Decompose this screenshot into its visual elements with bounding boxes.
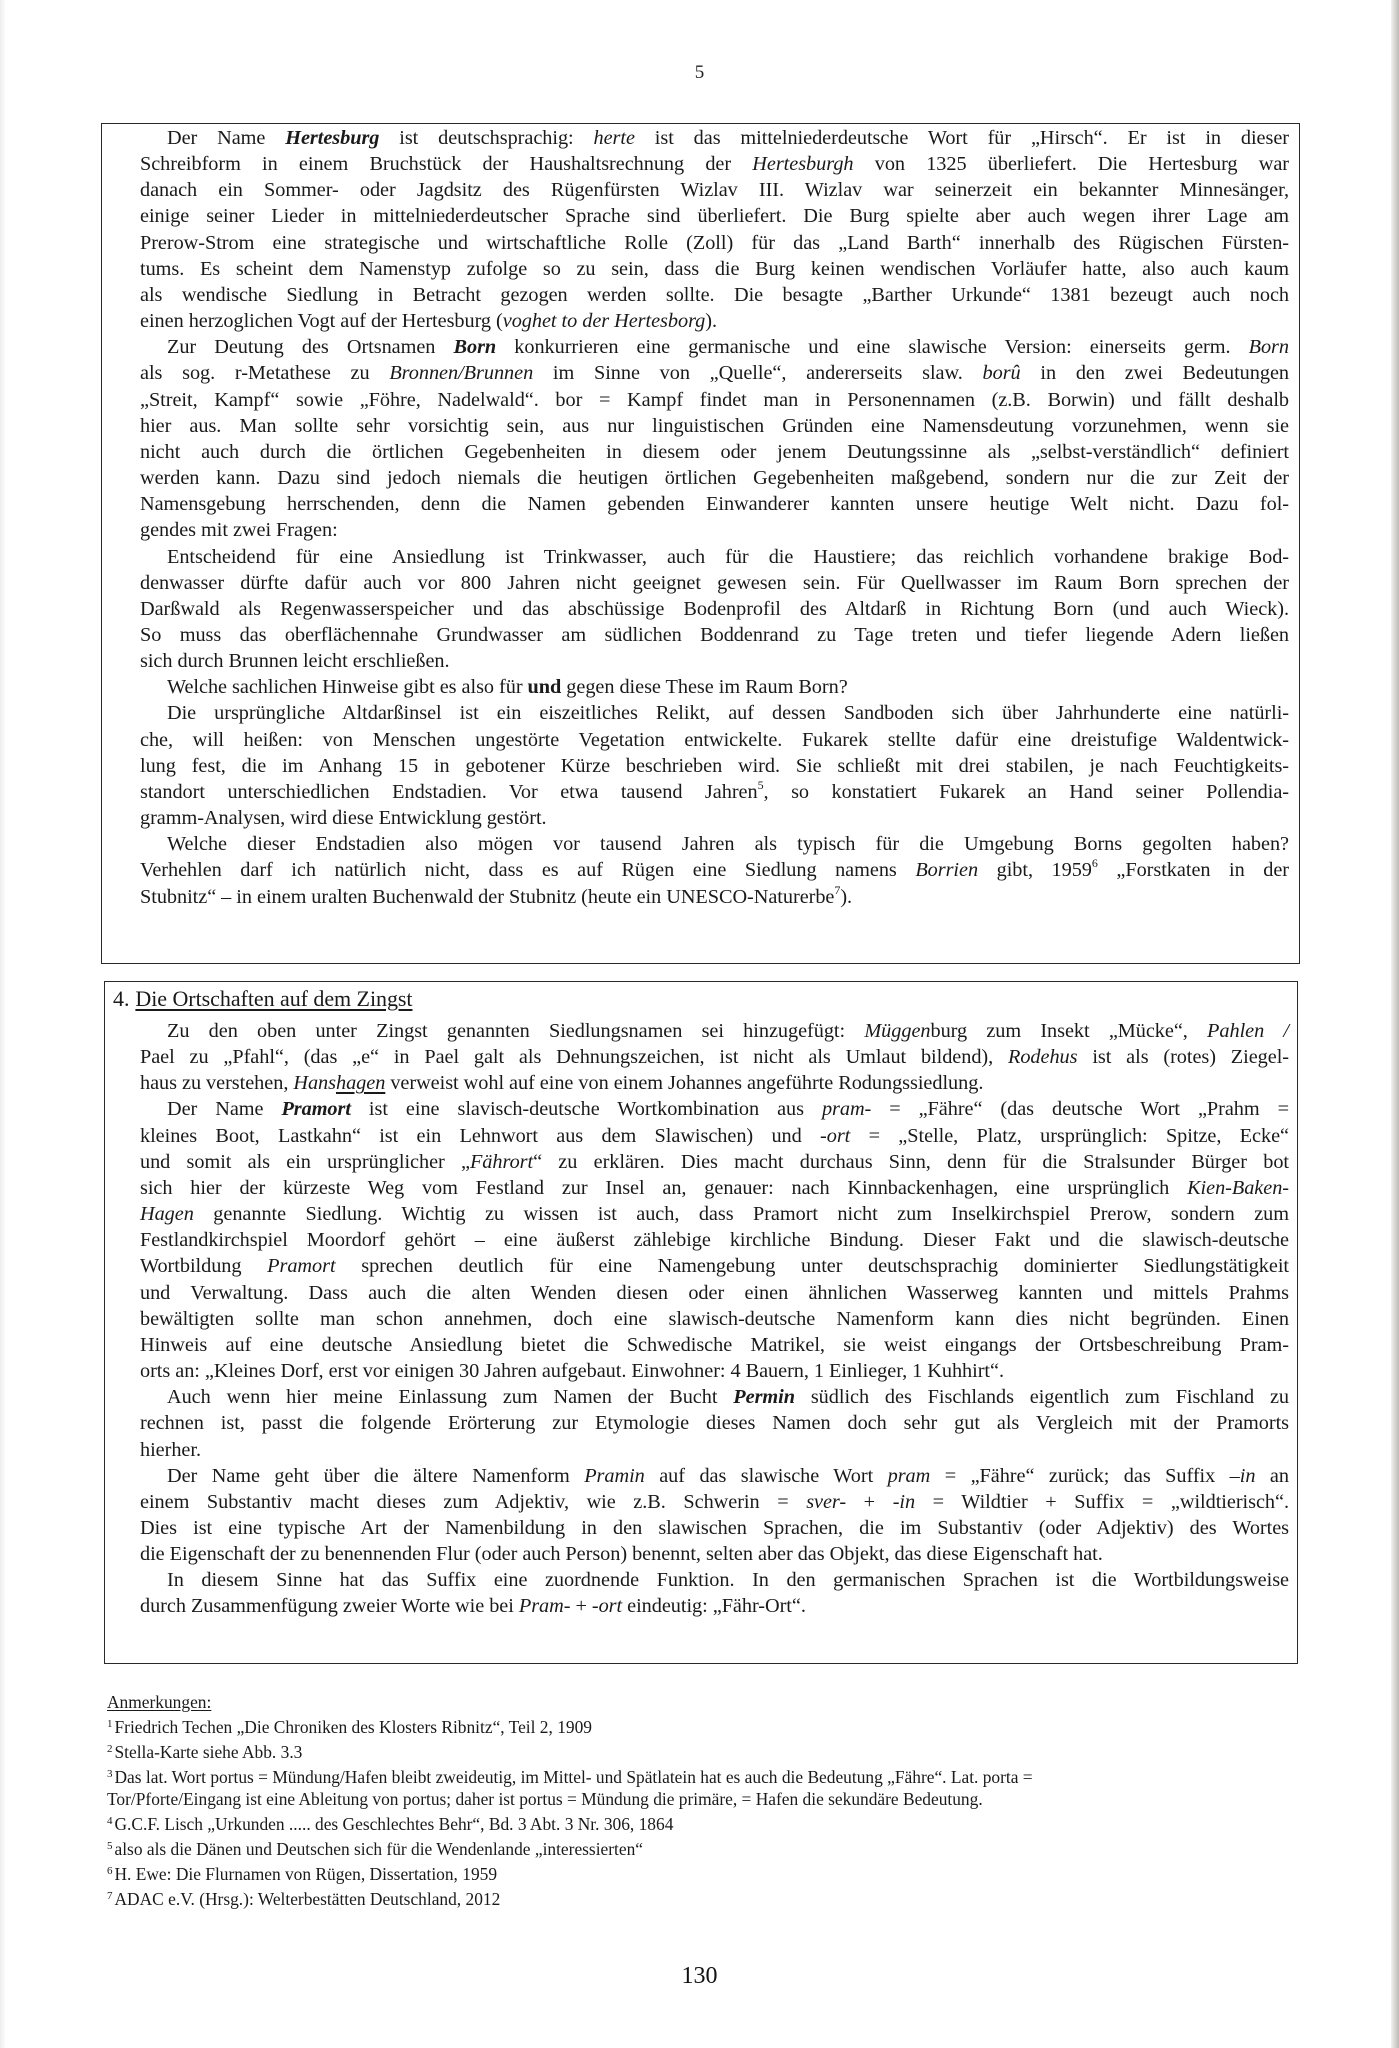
text-run: kleines Boot, Lastkahn“ ist ein Lehnwort… (140, 1125, 820, 1147)
emphasized-text: Fährort (470, 1151, 533, 1173)
text-run: rechnen ist, passt die folgende Erörteru… (140, 1412, 1289, 1434)
text-run: + (846, 1491, 893, 1513)
text-line: hier aus. Man sollte sehr vorsichtig sei… (113, 413, 1289, 439)
text-run: hierher. (140, 1439, 201, 1461)
scan-left-edge (0, 0, 6, 2048)
text-run: lung fest, die im Anhang 15 in gebotener… (140, 755, 1289, 777)
text-line: Der Name Pramort ist eine slavisch-deuts… (113, 1096, 1289, 1122)
text-run: Pael zu „Pfahl“, (das „e“ in Pael galt a… (140, 1046, 1008, 1068)
text-run: “ zu erklären. Dies macht durchaus Sinn,… (533, 1151, 1289, 1173)
paragraph: Der Name Hertesburg ist deutschsprachig:… (113, 125, 1289, 334)
emphasized-text: sver- (806, 1491, 846, 1513)
footnote-item: 2Stella-Karte siehe Abb. 3.3 (107, 1738, 1327, 1763)
text-line: Zu den oben unter Zingst genannten Siedl… (113, 1018, 1289, 1044)
footnote-number: 7 (107, 1890, 113, 1902)
emphasized-text: Pramort (267, 1255, 335, 1277)
footnotes: Anmerkungen: 1Friedrich Techen „Die Chro… (107, 1691, 1327, 1910)
text-run: einige seiner Lieder in mittelniederdeut… (140, 205, 1289, 227)
text-run: Die ursprüngliche Altdarßinsel ist ein e… (167, 702, 1289, 724)
text-line: Schreibform in einem Bruchstück der Haus… (113, 151, 1289, 177)
emphasized-text: Müggen (864, 1020, 930, 1042)
text-run: durch Zusammenfügung zweier Worte wie be… (140, 1595, 519, 1617)
text-line: sich durch Brunnen leicht erschließen. (113, 648, 1289, 674)
footnote-item: 4G.C.F. Lisch „Urkunden ..... des Geschl… (107, 1810, 1327, 1835)
text-line: che, will heißen: von Menschen ungestört… (113, 727, 1289, 753)
text-line: Entscheidend für eine Ansiedlung ist Tri… (113, 544, 1289, 570)
text-run: an (1255, 1465, 1289, 1487)
text-run: , so konstatiert Fukarek an Hand seiner … (764, 781, 1289, 803)
emphasized-text: -in (893, 1491, 915, 1513)
text-run: Prerow-Strom eine strategische und wirts… (140, 232, 1289, 254)
text-run: gegen diese These im Raum Born? (561, 676, 847, 698)
emphasized-text: Born (454, 336, 497, 358)
text-run: Entscheidend für eine Ansiedlung ist Tri… (167, 546, 1289, 568)
text-run: burg zum Insekt „Mücke“, (931, 1020, 1208, 1042)
paragraph: Der Name geht über die ältere Namenform … (113, 1463, 1289, 1568)
text-run: im Sinne von „Quelle“, andererseits slaw… (533, 362, 982, 384)
text-line: Dies ist eine typische Art der Namenbild… (113, 1515, 1289, 1541)
text-line: durch Zusammenfügung zweier Worte wie be… (113, 1593, 1289, 1619)
section-page-number: 5 (0, 62, 1399, 84)
text-run: tums. Es scheint dem Namenstyp zufolge s… (140, 258, 1289, 280)
text-run: ). (705, 310, 717, 332)
text-run: gendes mit zwei Fragen: (140, 519, 338, 541)
text-line: Namensgebung herrschenden, denn die Name… (113, 491, 1289, 517)
text-run: von 1325 überliefert. Die Hertesburg war (854, 153, 1289, 175)
scan-right-edge (1391, 0, 1399, 2048)
text-run: genannte Siedlung. Wichtig zu wissen ist… (194, 1203, 1289, 1225)
text-line: Hagen genannte Siedlung. Wichtig zu wiss… (113, 1201, 1289, 1227)
text-run: in den zwei Bedeutungen (1021, 362, 1289, 384)
footnote-item: 7ADAC e.V. (Hrsg.): Welterbestätten Deut… (107, 1885, 1327, 1910)
emphasized-text: herte (594, 127, 635, 149)
text-run: Hinweis auf eine deutsche Ansiedlung bie… (140, 1334, 1289, 1356)
text-run: Stubnitz“ – in einem uralten Buchenwald … (140, 886, 834, 908)
footnote-list: 1Friedrich Techen „Die Chroniken des Klo… (107, 1713, 1327, 1910)
paragraph: Zur Deutung des Ortsnamen Born konkurrie… (113, 334, 1289, 543)
text-run: ist deutschsprachig: (379, 127, 593, 149)
text-line: einige seiner Lieder in mittelniederdeut… (113, 203, 1289, 229)
text-line: tums. Es scheint dem Namenstyp zufolge s… (113, 256, 1289, 282)
text-line: hierher. (113, 1437, 1289, 1463)
text-line: rechnen ist, passt die folgende Erörteru… (113, 1410, 1289, 1436)
text-run: hier aus. Man sollte sehr vorsichtig sei… (140, 415, 1289, 437)
text-run: Welche dieser Endstadien also mögen vor … (167, 833, 1289, 855)
text-run: + (570, 1595, 591, 1617)
text-run: standort unterschiedlichen Endstadien. V… (140, 781, 758, 803)
text-run: Darßwald als Regenwasserspeicher und das… (140, 598, 1289, 620)
text-run: haus zu verstehen, (140, 1072, 293, 1094)
paragraph: Auch wenn hier meine Einlassung zum Name… (113, 1384, 1289, 1462)
text-run: einem Substantiv macht dieses zum Adjekt… (140, 1491, 806, 1513)
text-run: Auch wenn hier meine Einlassung zum Name… (167, 1386, 733, 1408)
paragraph: Die ursprüngliche Altdarßinsel ist ein e… (113, 700, 1289, 831)
footnote-text: Das lat. Wort portus = Mündung/Hafen ble… (115, 1767, 1033, 1787)
emphasized-text: Hertesburg (285, 127, 379, 149)
footnote-item: 6H. Ewe: Die Flurnamen von Rügen, Disser… (107, 1860, 1327, 1885)
footnote-text: Stella-Karte siehe Abb. 3.3 (115, 1742, 303, 1762)
section-title: Die Ortschaften auf dem Zingst (135, 986, 412, 1011)
text-line: In diesem Sinne hat das Suffix eine zuor… (113, 1567, 1289, 1593)
text-run: sich durch Brunnen leicht erschließen. (140, 650, 450, 672)
text-run: als sog. r-Metathese zu (140, 362, 389, 384)
emphasized-text: Hagen (140, 1203, 194, 1225)
footnote-text: Friedrich Techen „Die Chroniken des Klos… (115, 1717, 592, 1737)
section-body: Zu den oben unter Zingst genannten Siedl… (113, 1018, 1289, 1620)
emphasized-text: pram- (822, 1098, 871, 1120)
text-run: konkurrieren eine germanische und eine s… (496, 336, 1248, 358)
footnote-number: 1 (107, 1718, 113, 1730)
text-line: und Verwaltung. Dass auch die alten Wend… (113, 1280, 1289, 1306)
text-box-hertesburg-born: Der Name Hertesburg ist deutschsprachig:… (101, 123, 1300, 964)
footnote-number: 6 (107, 1865, 113, 1877)
text-line: einen herzoglichen Vogt auf der Hertesbu… (113, 308, 1289, 334)
footnote-text: also als die Dänen und Deutschen sich fü… (115, 1839, 644, 1859)
emphasized-text: -ort (820, 1125, 850, 1147)
text-line: Zur Deutung des Ortsnamen Born konkurrie… (113, 334, 1289, 360)
text-run: gibt, 1959 (978, 859, 1092, 881)
paragraph: Welche dieser Endstadien also mögen vor … (113, 831, 1289, 909)
text-run: und Verwaltung. Dass auch die alten Wend… (140, 1282, 1289, 1304)
paragraph: Der Name Pramort ist eine slavisch-deuts… (113, 1096, 1289, 1384)
footnote-number: 2 (107, 1743, 113, 1755)
text-run: auf das slawische Wort (645, 1465, 888, 1487)
text-run: In diesem Sinne hat das Suffix eine zuor… (167, 1569, 1289, 1591)
text-run: orts an: „Kleines Dorf, erst vor einigen… (140, 1360, 1004, 1382)
emphasized-text: hagen (336, 1072, 385, 1094)
paragraph: Zu den oben unter Zingst genannten Siedl… (113, 1018, 1289, 1096)
emphasized-text: und (528, 676, 562, 698)
footnote-number: 4 (107, 1815, 113, 1827)
emphasized-text: Permin (733, 1386, 795, 1408)
text-run: „Streit, Kampf“ sowie „Föhre, Nadelwald“… (140, 389, 1289, 411)
footnote-item: 1Friedrich Techen „Die Chroniken des Klo… (107, 1713, 1327, 1738)
text-run: ). (840, 886, 852, 908)
text-line: Welche sachlichen Hinweise gibt es also … (113, 674, 1289, 700)
footnote-item: 5also als die Dänen und Deutschen sich f… (107, 1835, 1327, 1860)
text-line: werden kann. Dazu sind jedoch niemals di… (113, 465, 1289, 491)
text-run: Namensgebung herrschenden, denn die Name… (140, 493, 1289, 515)
text-run: Dies ist eine typische Art der Namenbild… (140, 1517, 1289, 1539)
text-line: „Streit, Kampf“ sowie „Föhre, Nadelwald“… (113, 387, 1289, 413)
text-line: Wortbildung Pramort sprechen deutlich fü… (113, 1253, 1289, 1279)
footnote-text: G.C.F. Lisch „Urkunden ..... des Geschle… (115, 1814, 674, 1834)
text-run: nicht auch durch die örtlichen Gegebenhe… (140, 441, 1289, 463)
text-run: „Forstkaten in der (1098, 859, 1289, 881)
text-run: sich hier der kürzeste Weg vom Festland … (140, 1177, 1187, 1199)
text-run: die Eigenschaft der zu benennenden Flur … (140, 1543, 1103, 1565)
text-run: als wendische Siedlung in Betracht gezog… (140, 284, 1289, 306)
text-line: Stubnitz“ – in einem uralten Buchenwald … (113, 884, 1289, 910)
text-box-zingst: 4.Die Ortschaften auf dem Zingst Zu den … (104, 981, 1298, 1664)
emphasized-text: Pramort (281, 1098, 351, 1120)
text-run: werden kann. Dazu sind jedoch niemals di… (140, 467, 1289, 489)
footnote-item: Tor/Pforte/Eingang ist eine Ableitung vo… (107, 1788, 1327, 1810)
text-line: orts an: „Kleines Dorf, erst vor einigen… (113, 1358, 1289, 1384)
section-heading: 4.Die Ortschaften auf dem Zingst (113, 984, 1289, 1014)
text-line: So muss das oberflächennahe Grundwasser … (113, 622, 1289, 648)
text-line: haus zu verstehen, Hanshagen verweist wo… (113, 1070, 1289, 1096)
text-run: eindeutig: „Fähr-Ort“. (622, 1595, 806, 1617)
text-line: sich hier der kürzeste Weg vom Festland … (113, 1175, 1289, 1201)
text-run: Der Name geht über die ältere Namenform (167, 1465, 584, 1487)
text-line: einem Substantiv macht dieses zum Adjekt… (113, 1489, 1289, 1515)
text-line: gramm-Analysen, wird diese Entwicklung g… (113, 805, 1289, 831)
emphasized-text: Born (1249, 336, 1289, 358)
text-run: = „Fähre“ (das deutsche Wort „Prahm = (871, 1098, 1289, 1120)
text-run: Der Name (167, 1098, 281, 1120)
text-run: Der Name (167, 127, 285, 149)
paragraph: Welche sachlichen Hinweise gibt es also … (113, 674, 1289, 700)
emphasized-text: -ort (592, 1595, 622, 1617)
section-number: 4. (113, 986, 129, 1011)
text-run: denwasser dürfte dafür auch vor 800 Jahr… (140, 572, 1289, 594)
text-line: als sog. r-Metathese zu Bronnen/Brunnen … (113, 360, 1289, 386)
footnote-number: 5 (107, 1840, 113, 1852)
text-run: So muss das oberflächennahe Grundwasser … (140, 624, 1289, 646)
text-line: Der Name Hertesburg ist deutschsprachig:… (113, 125, 1289, 151)
text-run: = „Fähre“ zurück; das Suffix (930, 1465, 1229, 1487)
text-line: Auch wenn hier meine Einlassung zum Name… (113, 1384, 1289, 1410)
emphasized-text: Pramin (584, 1465, 645, 1487)
text-run: = „Stelle, Platz, ursprünglich: Spitze, … (850, 1125, 1289, 1147)
text-line: bewältigten sollte man schon annehmen, d… (113, 1306, 1289, 1332)
text-line: lung fest, die im Anhang 15 in gebotener… (113, 753, 1289, 779)
text-run: verweist wohl auf eine von einem Johanne… (385, 1072, 983, 1094)
text-line: Hinweis auf eine deutsche Ansiedlung bie… (113, 1332, 1289, 1358)
text-run: ist das mittelniederdeutsche Wort für „H… (635, 127, 1289, 149)
text-line: Verhehlen darf ich natürlich nicht, dass… (113, 857, 1289, 883)
emphasized-text: Hans (293, 1072, 336, 1094)
text-run: Wortbildung (140, 1255, 267, 1277)
footnote-item: 3Das lat. Wort portus = Mündung/Hafen bl… (107, 1763, 1327, 1788)
emphasized-text: Kien-Baken- (1187, 1177, 1289, 1199)
page-number: 130 (0, 1963, 1399, 1990)
paragraph: In diesem Sinne hat das Suffix eine zuor… (113, 1567, 1289, 1619)
text-line: Die ursprüngliche Altdarßinsel ist ein e… (113, 700, 1289, 726)
text-run: gramm-Analysen, wird diese Entwicklung g… (140, 807, 547, 829)
text-line: gendes mit zwei Fragen: (113, 517, 1289, 543)
emphasized-text: pram (888, 1465, 931, 1487)
footnote-number: 3 (107, 1768, 113, 1780)
text-run: Festlandkirchspiel Moordorf gehört – ein… (140, 1229, 1289, 1251)
text-line: standort unterschiedlichen Endstadien. V… (113, 779, 1289, 805)
paragraph: Entscheidend für eine Ansiedlung ist Tri… (113, 544, 1289, 675)
footnotes-heading: Anmerkungen: (107, 1691, 1327, 1713)
text-run: bewältigten sollte man schon annehmen, d… (140, 1308, 1289, 1330)
text-run: ist eine slavisch-deutsche Wortkombinati… (351, 1098, 822, 1120)
text-line: Der Name geht über die ältere Namenform … (113, 1463, 1289, 1489)
text-run: südlich des Fischlands eigentlich zum Fi… (795, 1386, 1289, 1408)
text-line: Prerow-Strom eine strategische und wirts… (113, 230, 1289, 256)
text-run: = Wildtier + Suffix = „wildtierisch“. (915, 1491, 1289, 1513)
footnote-text: ADAC e.V. (Hrsg.): Welterbestätten Deuts… (115, 1889, 501, 1909)
text-line: die Eigenschaft der zu benennenden Flur … (113, 1541, 1289, 1567)
text-run: che, will heißen: von Menschen ungestört… (140, 729, 1289, 751)
text-run: Zu den oben unter Zingst genannten Siedl… (167, 1020, 864, 1042)
text-line: danach ein Sommer- oder Jagdsitz des Rüg… (113, 177, 1289, 203)
text-line: und somit als ein ursprünglicher „Fähror… (113, 1149, 1289, 1175)
emphasized-text: voghet to der Hertesborg (503, 310, 706, 332)
text-line: als wendische Siedlung in Betracht gezog… (113, 282, 1289, 308)
text-run: einen herzoglichen Vogt auf der Hertesbu… (140, 310, 503, 332)
text-run: danach ein Sommer- oder Jagdsitz des Rüg… (140, 179, 1289, 201)
text-run: sprechen deutlich für eine Namengebung u… (336, 1255, 1289, 1277)
text-run: und somit als ein ursprünglicher „ (140, 1151, 470, 1173)
emphasized-text: Pram- (519, 1595, 571, 1617)
footnote-text: Tor/Pforte/Eingang ist eine Ableitung vo… (107, 1789, 983, 1809)
text-run: ist als (rotes) Ziegel- (1078, 1046, 1290, 1068)
text-run: Welche sachlichen Hinweise gibt es also … (167, 676, 528, 698)
text-line: Pael zu „Pfahl“, (das „e“ in Pael galt a… (113, 1044, 1289, 1070)
footnote-text: H. Ewe: Die Flurnamen von Rügen, Dissert… (115, 1864, 498, 1884)
emphasized-text: Rodehus (1008, 1046, 1078, 1068)
text-line: Festlandkirchspiel Moordorf gehört – ein… (113, 1227, 1289, 1253)
text-run: Verhehlen darf ich natürlich nicht, dass… (140, 859, 915, 881)
text-run: Zur Deutung des Ortsnamen (167, 336, 454, 358)
emphasized-text: Bronnen/Brunnen (389, 362, 533, 384)
text-line: kleines Boot, Lastkahn“ ist ein Lehnwort… (113, 1123, 1289, 1149)
text-run: Schreibform in einem Bruchstück der Haus… (140, 153, 752, 175)
text-line: Welche dieser Endstadien also mögen vor … (113, 831, 1289, 857)
emphasized-text: –in (1230, 1465, 1256, 1487)
emphasized-text: Pahlen / (1207, 1020, 1289, 1042)
text-line: nicht auch durch die örtlichen Gegebenhe… (113, 439, 1289, 465)
emphasized-text: Borrien (915, 859, 978, 881)
text-line: Darßwald als Regenwasserspeicher und das… (113, 596, 1289, 622)
text-line: denwasser dürfte dafür auch vor 800 Jahr… (113, 570, 1289, 596)
emphasized-text: Hertesburgh (752, 153, 853, 175)
emphasized-text: borû (983, 362, 1021, 384)
